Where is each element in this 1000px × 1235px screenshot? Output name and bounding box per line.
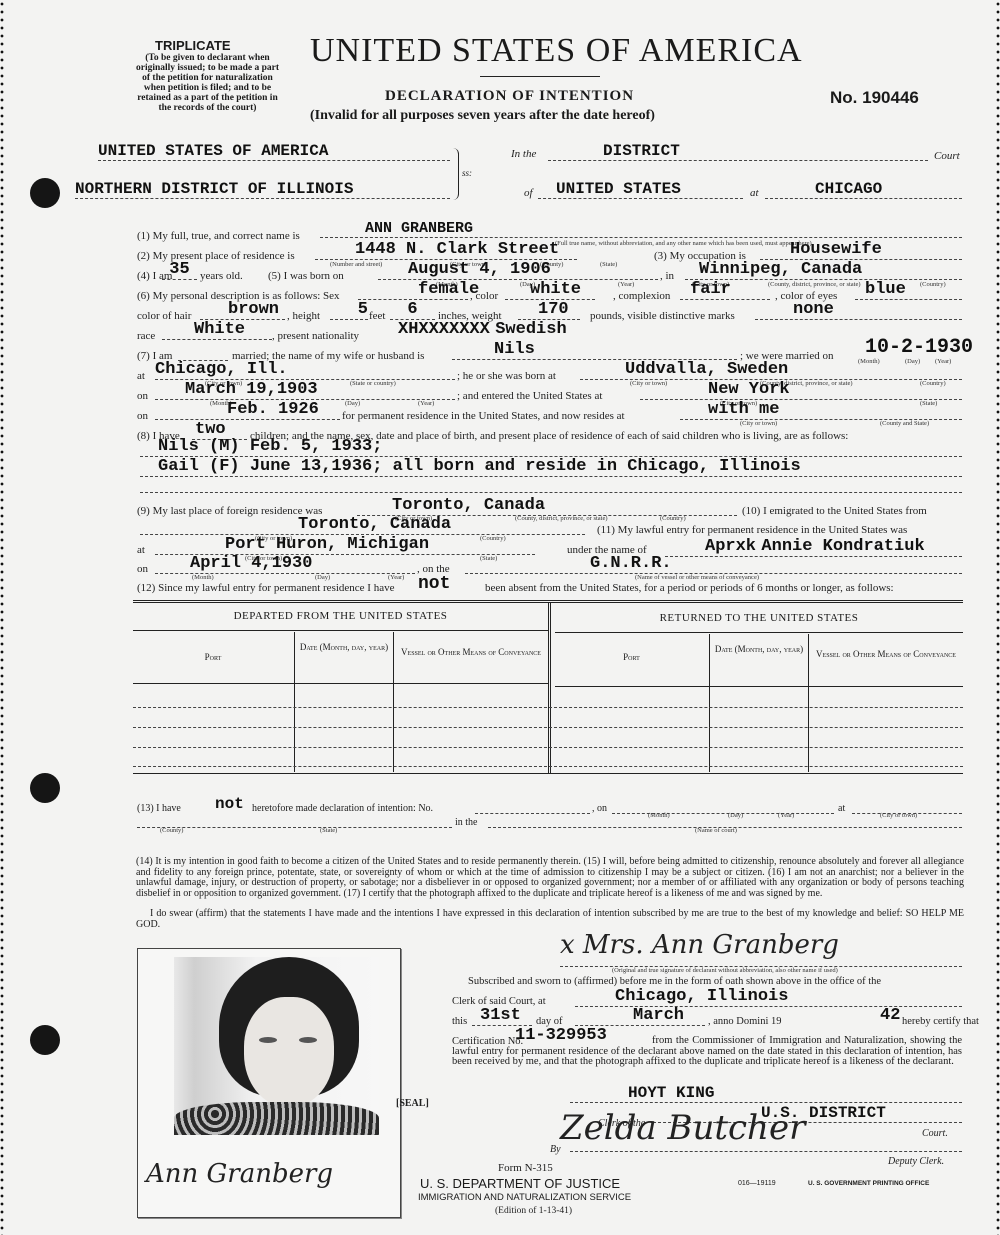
conveyance-field: G.N.R.R. xyxy=(465,554,962,574)
departed-header-rule xyxy=(133,630,548,631)
this-label: this xyxy=(452,1016,467,1027)
court-label-2: Court. xyxy=(922,1128,948,1139)
birth-place-field: Winnipeg, Canada xyxy=(685,260,962,280)
title-rule xyxy=(480,76,600,77)
form-subtitle: DECLARATION OF INTENTION xyxy=(385,88,634,105)
resides-hint-county: (County and State) xyxy=(880,420,929,427)
age-suffix: years old. xyxy=(200,270,243,282)
photo-eye xyxy=(259,1037,277,1043)
child-line-3 xyxy=(140,492,962,493)
clerk-name-field: HOYT KING xyxy=(570,1084,962,1103)
prior-in-the-label: in the xyxy=(455,817,478,828)
returned-title: RETURNED TO THE UNITED STATES xyxy=(555,612,963,624)
conveyance-hint: (Name of vessel or other means of convey… xyxy=(635,574,759,581)
at-label: at xyxy=(750,187,759,199)
deputy-signature: Zelda Butcher xyxy=(560,1108,805,1148)
day-field: 31st xyxy=(472,1006,532,1026)
col-divider xyxy=(709,634,710,772)
declaration-document: TRIPLICATE (To be given to declarant whe… xyxy=(0,0,1000,1235)
declarant-photo xyxy=(174,957,379,1135)
page-title: UNITED STATES OF AMERICA xyxy=(310,32,803,70)
perforation-left xyxy=(0,0,4,1235)
ss-label: ss: xyxy=(462,168,472,178)
table-row xyxy=(133,747,963,748)
spouse-birth-hint-day: (Day) xyxy=(345,400,360,407)
entry-hint-month: (Month) xyxy=(192,574,214,581)
prior-at-label: at xyxy=(838,803,845,814)
q12-suffix: been absent from the United States, for … xyxy=(485,582,894,594)
photo-dress xyxy=(174,1102,379,1135)
declarant-signature: x Mrs. Ann Granberg xyxy=(560,930,839,960)
in-the-label: In the xyxy=(511,148,536,160)
venue-brace xyxy=(452,148,459,200)
returned-col-port: Port xyxy=(555,652,708,662)
on-label-3: on xyxy=(137,563,148,575)
table-row xyxy=(133,707,963,708)
entry-hint-year: (Year) xyxy=(388,574,404,581)
deputy-label: Deputy Clerk. xyxy=(888,1156,944,1167)
document-number: No. 190446 xyxy=(830,88,919,108)
q2-label: (2) My present place of residence is xyxy=(137,250,295,262)
venue-line-2: NORTHERN DISTRICT OF ILLINOIS xyxy=(75,180,450,199)
at-label-3: at xyxy=(137,544,145,556)
nationality-label: , present nationality xyxy=(272,330,359,342)
col-divider xyxy=(393,632,394,772)
validity-note: (Invalid for all purposes seven years af… xyxy=(310,108,655,124)
footer-department: U. S. DEPARTMENT OF JUSTICE xyxy=(420,1176,620,1191)
returned-col-vessel: Vessel or Other Means of Conveyance xyxy=(810,649,962,659)
q13-label: (13) I have xyxy=(137,803,181,814)
emigrated-from-field: Toronto, Canada xyxy=(140,515,585,535)
prior-hint-day: (Day) xyxy=(728,812,743,819)
on-label-2: on xyxy=(137,410,148,422)
prior-hint-county: (County) xyxy=(160,827,183,834)
eyes-field: blue xyxy=(855,280,962,300)
resides-hint-city: (City or town) xyxy=(740,420,777,427)
spouse-birthplace-field: Uddvalla, Sweden xyxy=(580,360,962,380)
binder-hole xyxy=(30,178,60,208)
departed-title: DEPARTED FROM THE UNITED STATES xyxy=(133,610,548,622)
year-field: 42 xyxy=(880,1006,900,1025)
oath-text: (14) It is my intention in good faith to… xyxy=(136,857,964,899)
hair-field: brown xyxy=(200,300,285,320)
q12-label: (12) Since my lawful entry for permanent… xyxy=(137,582,394,594)
photo-face xyxy=(244,997,334,1107)
returned-body-rule xyxy=(555,686,963,687)
sex-field: female xyxy=(358,280,468,300)
in-label: , in xyxy=(660,270,674,282)
court-type-field: DISTRICT xyxy=(548,142,928,161)
prior-hint-month: (Month) xyxy=(648,812,670,819)
prior-on-label: , on xyxy=(592,803,607,814)
month-field: March xyxy=(575,1006,705,1026)
color-label: , color xyxy=(470,290,498,302)
venue-line-1: UNITED STATES OF AMERICA xyxy=(98,142,450,161)
binder-hole xyxy=(30,773,60,803)
height-inches-field: 6 xyxy=(390,300,435,320)
col-divider xyxy=(808,634,809,772)
form-number: Form N-315 xyxy=(498,1162,553,1174)
certify-label: hereby certify that xyxy=(902,1016,979,1027)
binder-hole xyxy=(30,1025,60,1055)
entry-hint-day: (Day) xyxy=(315,574,330,581)
q5-label: (5) I was born on xyxy=(268,270,344,282)
footer-edition: (Edition of 1-13-41) xyxy=(495,1206,572,1216)
age-field: 35 xyxy=(162,260,197,280)
departed-body-rule xyxy=(133,683,548,684)
by-label: By xyxy=(550,1144,561,1155)
residence-field: 1448 N. Clark Street xyxy=(315,240,577,260)
occupation-field: Housewife xyxy=(760,240,962,260)
copy-note: (To be given to declarant when originall… xyxy=(135,53,280,113)
copy-label: TRIPLICATE xyxy=(155,38,231,53)
photo-signature: Ann Granberg xyxy=(146,1159,333,1189)
court-label: Court xyxy=(934,150,960,162)
child-line-1: Nils (M) Feb. 5, 1933; xyxy=(140,437,962,457)
nationality-struck: XHXXXXXXX xyxy=(398,320,490,339)
oath-swear: I do swear (affirm) that the statements … xyxy=(136,909,964,930)
photo-card: Ann Granberg xyxy=(137,948,401,1218)
subscribed-text: Subscribed and sworn to (affirmed) befor… xyxy=(468,976,881,987)
place-hint-county: (County, district, province, or state) xyxy=(768,281,861,288)
perforation-right xyxy=(996,0,1000,1235)
photo-eye xyxy=(299,1037,317,1043)
court-of-field: UNITED STATES xyxy=(538,180,743,199)
spouse-entry-date-field: Feb. 1926 xyxy=(155,400,340,420)
footer-service: IMMIGRATION AND NATURALIZATION SERVICE xyxy=(418,1192,631,1203)
marks-field: none xyxy=(755,300,962,320)
spouse-residence-field: with me xyxy=(680,400,962,420)
entry-port-field: Port Huron, Michigan xyxy=(155,535,535,555)
birth-hint-year: (Year) xyxy=(618,281,634,288)
returned-header-rule xyxy=(555,632,963,633)
complexion-field: fair xyxy=(680,280,770,300)
absent-field: not xyxy=(418,574,450,594)
spouse-entry-place-field: New York xyxy=(640,380,962,400)
q10-label: (10) I emigrated to the United States fr… xyxy=(742,505,927,517)
color-field: white xyxy=(505,280,595,300)
departed-col-port: Port xyxy=(133,652,293,662)
printer-label: U. S. GOVERNMENT PRINTING OFFICE xyxy=(808,1180,929,1187)
departed-col-date: Date (Month, day, year) xyxy=(296,642,392,652)
spouse-field: Nils xyxy=(452,340,737,360)
print-code: 016—19119 xyxy=(738,1180,776,1187)
court-at-field: CHICAGO xyxy=(765,180,962,199)
complexion-label: , complexion xyxy=(613,290,670,302)
height-feet-field: 5 xyxy=(330,300,368,320)
on-label: on xyxy=(137,390,148,402)
prior-hint-court: (Name of court) xyxy=(695,827,737,834)
birth-date-field: August 4, 1906 xyxy=(378,260,658,280)
prior-declaration-field: not xyxy=(215,795,244,813)
signature-hint: (Original and true signature of declaran… xyxy=(612,967,838,974)
resides-label: for permanent residence in the United St… xyxy=(342,410,625,422)
cert-text: from the Commissioner of Immigration and… xyxy=(452,1036,962,1068)
number-value: 190446 xyxy=(862,88,919,107)
entered-label: ; and entered the United States at xyxy=(457,390,602,402)
table-row xyxy=(133,727,963,728)
prior-date-blank xyxy=(612,813,834,814)
prior-hint-city: (City or town) xyxy=(880,812,917,819)
seal-label: [SEAL] xyxy=(396,1098,429,1109)
foreign-residence-field: Toronto, Canada xyxy=(357,496,737,516)
q13-suffix: heretofore made declaration of intention… xyxy=(252,803,433,814)
clerk-at-field: Chicago, Illinois xyxy=(575,987,962,1007)
spouse-birth-date-field: March 19,1903 xyxy=(155,380,455,400)
returned-col-date: Date (Month, day, year) xyxy=(711,644,807,654)
residence-hint-street: (Number and street) xyxy=(330,261,382,268)
anno-label: , anno Domini 19 xyxy=(708,1016,782,1027)
of-label: of xyxy=(524,187,533,199)
marriage-place-field: Chicago, Ill. xyxy=(155,360,455,380)
table-row xyxy=(133,766,963,767)
race-label: race xyxy=(137,330,155,342)
spouse-born-label: ; he or she was born at xyxy=(457,370,556,382)
foreign-hint-country: (Country) xyxy=(660,515,686,522)
nationality-value: Swedish xyxy=(495,320,566,339)
number-label: No. xyxy=(830,88,857,107)
height-label: , height xyxy=(287,310,320,322)
prior-county-state-blank xyxy=(137,827,452,828)
spouse-birth-hint-year: (Year) xyxy=(418,400,434,407)
deputy-line xyxy=(570,1151,962,1152)
name-field: ANN GRANBERG xyxy=(320,220,962,238)
q1-label: (1) My full, true, and correct name is xyxy=(137,230,300,242)
weight-field: 170 xyxy=(518,300,580,320)
race-field: White xyxy=(162,320,272,340)
nationality-field: XHXXXXXXX Swedish xyxy=(398,318,698,339)
marriage-date-field: 10-2-1930 xyxy=(865,336,973,359)
feet-label: feet xyxy=(369,310,385,322)
prior-hint-year: (Year) xyxy=(778,812,794,819)
prior-hint-state: (State) xyxy=(320,827,337,834)
table-bottom-rule xyxy=(133,773,963,774)
prior-number-blank xyxy=(475,813,590,814)
entry-date-field: April 4,1930 xyxy=(155,554,415,574)
col-divider xyxy=(294,632,295,772)
child-line-2: Gail (F) June 13,1936; all born and resi… xyxy=(140,457,962,477)
at-label-2: at xyxy=(137,370,145,382)
departed-col-vessel: Vessel or Other Means of Conveyance xyxy=(396,647,546,657)
